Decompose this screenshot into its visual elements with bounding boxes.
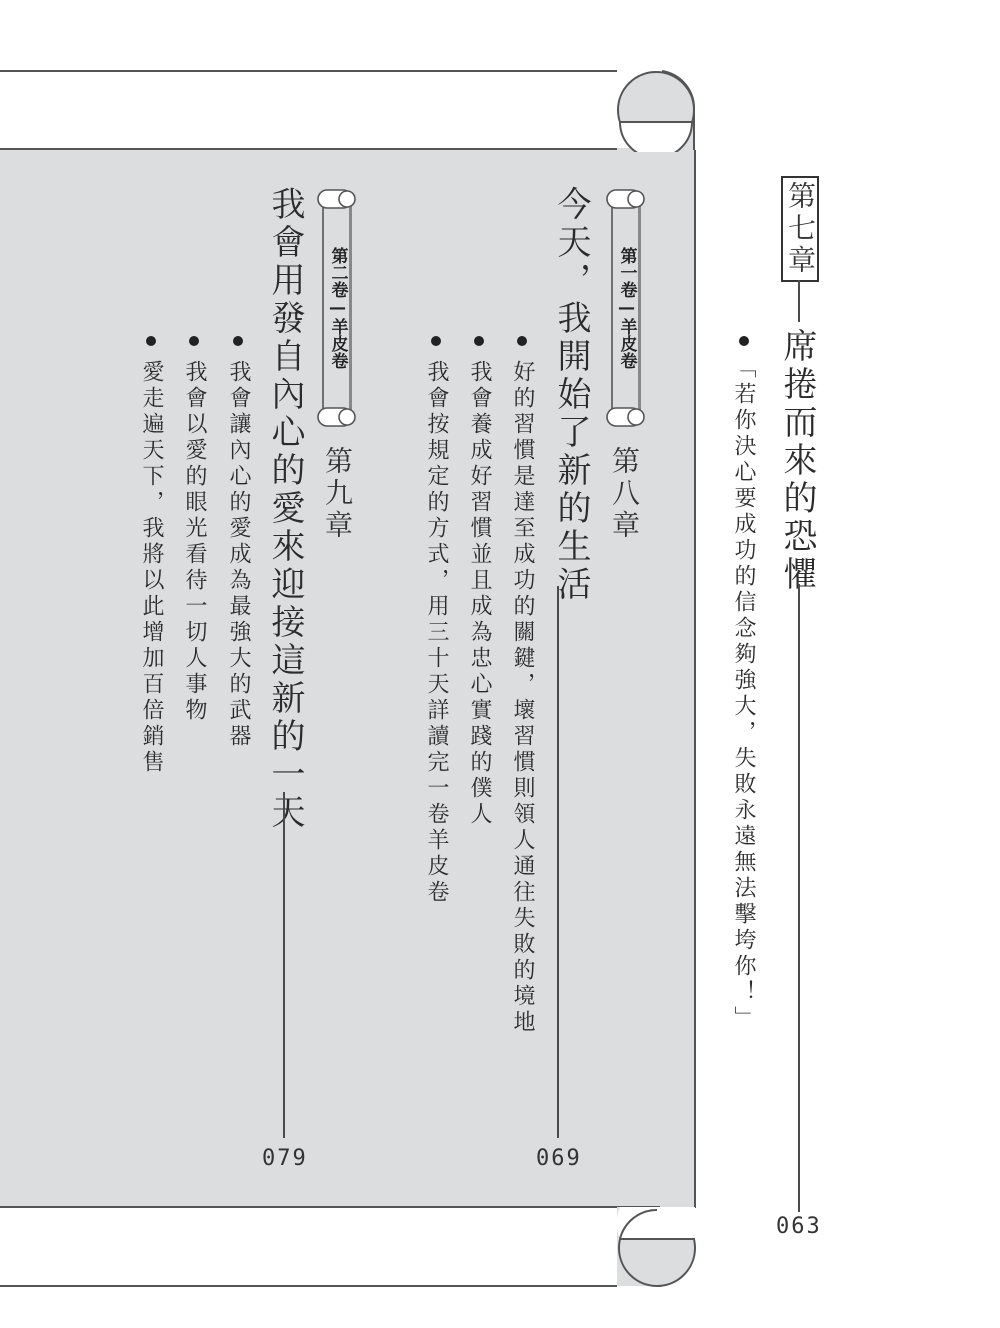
chapter-9-bullet-2-dot [189, 336, 199, 346]
scroll-bottom-edge [0, 1285, 660, 1287]
chapter-7-connector-line [798, 280, 800, 322]
chapter-9-bullet-1-dot [233, 336, 243, 346]
chapter-7-label-box: 第七章 [781, 176, 819, 282]
chapter-8-bullet-3: 我會按規定的方式，用三十天詳讀完一卷羊皮卷 [425, 360, 447, 906]
chapter-9-label: 第九章 [323, 446, 351, 542]
chapter-9-page-number[interactable]: 079 [262, 1146, 308, 1171]
chapter-8-bullet-2-dot [474, 336, 484, 346]
volume-1-badge: 第一卷—羊皮卷 [605, 188, 647, 428]
chapter-7-bullet-1-dot [739, 336, 749, 346]
chapter-9-bullet-3: 愛走遍天下，我將以此增加百倍銷售 [140, 360, 162, 776]
scroll-top-edge [0, 70, 660, 72]
volume-1-badge-text: 第一卷—羊皮卷 [612, 210, 640, 406]
chapter-8-leader-line [557, 586, 559, 1138]
chapter-7-page-number[interactable]: 063 [776, 1214, 822, 1239]
volume-2-badge: 第二卷—羊皮卷 [316, 188, 358, 428]
scroll-body-bottom-border [0, 1206, 660, 1208]
scroll-roll-top-icon [617, 70, 697, 152]
scroll-body-top-border [0, 148, 660, 150]
chapter-9-leader-line [283, 792, 285, 1138]
chapter-9-bullet-1: 我會讓內心的愛成為最強大的武器 [227, 360, 249, 750]
chapter-7-label: 第七章 [786, 181, 814, 277]
volume-2-badge-text: 第二卷—羊皮卷 [323, 210, 351, 406]
chapter-7-bullet-1: 「若你決心要成功的信念夠強大，失敗永遠無法擊垮你！」 [732, 356, 754, 1032]
chapter-8-page-number[interactable]: 069 [536, 1146, 582, 1171]
chapter-7-title[interactable]: 席捲而來的恐懼 [780, 328, 814, 594]
chapter-9-title[interactable]: 我會用發自內心的愛來迎接這新的一天 [268, 186, 302, 832]
chapter-8-title[interactable]: 今天，我開始了新的生活 [554, 186, 588, 604]
chapter-8-bullet-1: 好的習慣是達至成功的關鍵，壞習慣則領人通往失敗的境地 [511, 360, 533, 1036]
chapter-8-bullet-2: 我會養成好習慣並且成為忠心實踐的僕人 [468, 360, 490, 828]
chapter-9-bullet-3-dot [146, 336, 156, 346]
chapter-8-bullet-1-dot [517, 336, 527, 346]
scroll-roll-bottom-icon [617, 1207, 697, 1289]
chapter-9-bullet-2: 我會以愛的眼光看待一切人事物 [183, 360, 205, 724]
chapter-8-bullet-3-dot [431, 336, 441, 346]
chapter-8-label: 第八章 [610, 446, 638, 542]
chapter-7-leader-line [798, 584, 800, 1212]
